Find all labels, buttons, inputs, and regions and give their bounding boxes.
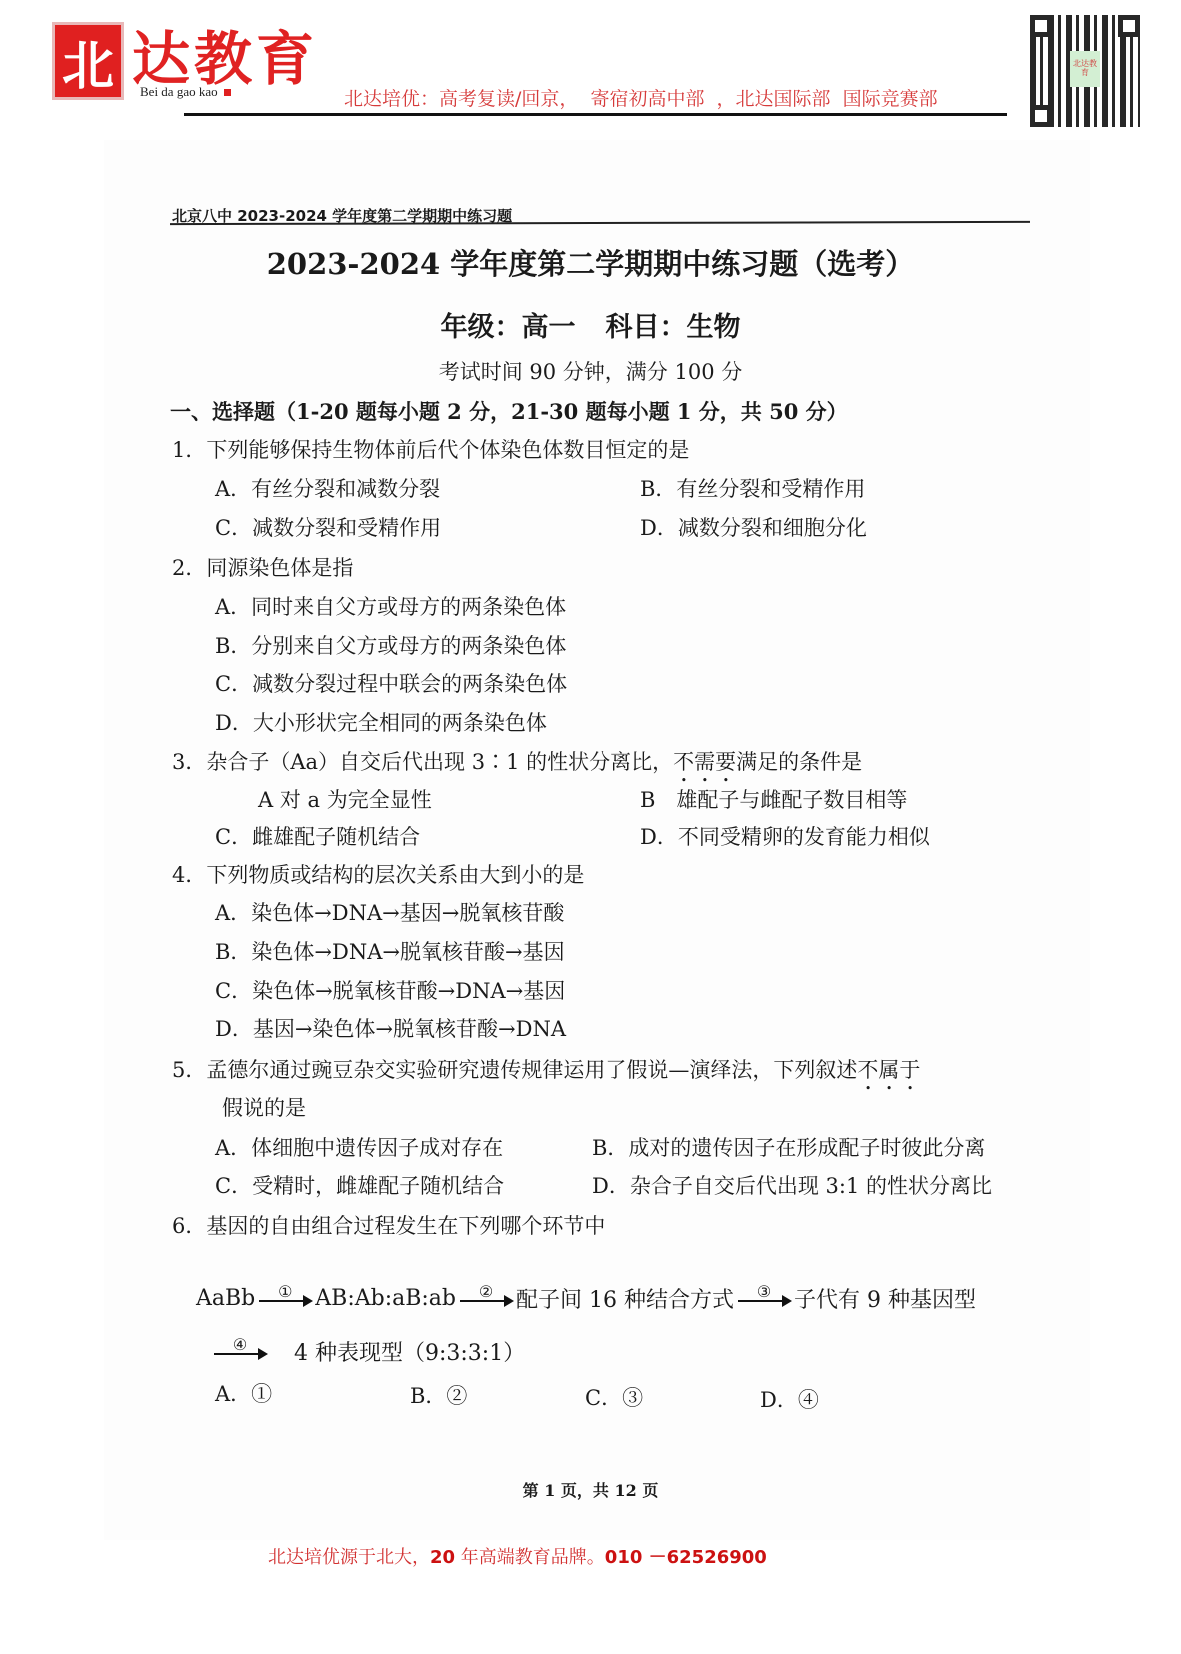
- footer-years: 20: [430, 1547, 455, 1568]
- section-title: 一、选择题（1-20 题每小题 2 分，21-30 题每小题 1 分，共 50 …: [170, 396, 848, 426]
- logo-mark: 北: [52, 22, 124, 100]
- qr-corner: [1118, 15, 1140, 37]
- question-4-stem: 4．下列物质或结构的层次关系由大到小的是: [172, 859, 584, 889]
- question-2-option-d: D．大小形状完全相同的两条染色体: [215, 707, 547, 737]
- arrow-label: ②: [479, 1284, 493, 1300]
- question-3-stem: 3．杂合子（Aa）自交后代出现 3∶1 的性状分离比，不需要满足的条件是: [172, 746, 862, 787]
- question-4-option-d: D．基因→染色体→脱氧核苷酸→DNA: [215, 1013, 566, 1043]
- process-flow: AaBb ① AB:Ab:aB:ab ② 配子间 16 种结合方式 ③ 子代有 …: [196, 1283, 976, 1314]
- question-6-option-c: C．③: [585, 1382, 643, 1412]
- page-number: 第 1 页，共 12 页: [0, 1478, 1181, 1501]
- qr-corner: [1030, 15, 1052, 37]
- question-3-option-b: B 雄配子与雌配子数目相等: [640, 784, 907, 814]
- question-3-option-d: D．不同受精卵的发育能力相似: [640, 821, 930, 851]
- question-5-emphasis: 不属于: [857, 1058, 920, 1082]
- question-5-option-d: D．杂合子自交后代出现 3:1 的性状分离比: [592, 1170, 992, 1200]
- qr-corner: [1030, 105, 1052, 127]
- arrow-right-icon: ①: [259, 1284, 311, 1302]
- flow-step-genotype: AaBb: [196, 1286, 255, 1311]
- slogan: 北达培优：高考复读/回京， 寄宿初高中部 ，北达国际部 国际竞赛部: [344, 84, 938, 111]
- footer-text: 北达培优源于北大，: [268, 1547, 430, 1568]
- header-divider: [184, 113, 1007, 116]
- question-1-option-b: B．有丝分裂和受精作用: [640, 473, 865, 503]
- page-title: 2023-2024 学年度第二学期期中练习题（选考）: [0, 242, 1181, 283]
- logo-square-icon: [224, 89, 231, 96]
- question-6-stem: 6．基因的自由组合过程发生在下列哪个环节中: [172, 1210, 605, 1240]
- logo-char: 北: [62, 24, 114, 99]
- question-1-option-c: C．减数分裂和受精作用: [215, 512, 441, 542]
- question-2-option-c: C．减数分裂过程中联会的两条染色体: [215, 668, 567, 698]
- arrow-right-icon: ③: [738, 1284, 790, 1302]
- question-5-option-c: C．受精时，雌雄配子随机结合: [215, 1170, 504, 1200]
- question-5-option-b: B．成对的遗传因子在形成配子时彼此分离: [592, 1132, 985, 1162]
- flow-step-genotypes: 子代有 9 种基因型: [794, 1283, 976, 1314]
- question-5-stem: 5．孟德尔通过豌豆杂交实验研究遗传规律运用了假说—演绎法，下列叙述不属于: [172, 1054, 920, 1095]
- question-5-option-a: A．体细胞中遗传因子成对存在: [215, 1132, 503, 1162]
- question-3-option-c: C．雌雄配子随机结合: [215, 821, 420, 851]
- flow-step-combinations: 配子间 16 种结合方式: [516, 1283, 734, 1314]
- question-5-stem-text: 5．孟德尔通过豌豆杂交实验研究遗传规律运用了假说—演绎法，下列叙述: [172, 1058, 857, 1082]
- question-1-option-a: A．有丝分裂和减数分裂: [215, 473, 440, 503]
- question-4-option-a: A．染色体→DNA→基因→脱氧核苷酸: [215, 897, 564, 927]
- footer-phone: 010 －62526900: [605, 1547, 767, 1568]
- arrow-right-icon: ④: [214, 1337, 266, 1355]
- question-2-stem: 2．同源染色体是指: [172, 552, 353, 582]
- question-3-option-a: A 对 a 为完全显性: [258, 784, 432, 814]
- footer-text-2: 年高端教育品牌。: [455, 1547, 605, 1568]
- question-4-option-c: C．染色体→脱氧核苷酸→DNA→基因: [215, 975, 565, 1005]
- grade: 年级：高一: [441, 312, 576, 343]
- question-5-stem-line2: 假说的是: [222, 1092, 306, 1122]
- qr-label: 北达教育: [1070, 51, 1100, 87]
- arrow-label: ③: [757, 1284, 771, 1300]
- question-4-option-b: B．染色体→DNA→脱氧核苷酸→基因: [215, 936, 565, 966]
- footer-ad: 北达培优源于北大，20 年高端教育品牌。010 －62526900: [268, 1543, 767, 1569]
- logo-subtitle-text: Bei da gao kao: [140, 84, 218, 99]
- question-3-stem-text: 3．杂合子（Aa）自交后代出现 3∶1 的性状分离比，: [172, 750, 673, 774]
- arrow-label: ④: [233, 1337, 247, 1353]
- question-3-emphasis: 不需要: [673, 750, 736, 774]
- question-6-option-d: D．④: [760, 1384, 819, 1414]
- qr-code-icon: 北达教育: [1030, 15, 1140, 127]
- subject: 科目：生物: [606, 312, 741, 343]
- process-flow-line2: ④ 4 种表现型（9:3:3:1）: [210, 1336, 525, 1367]
- flow-step-gametes: AB:Ab:aB:ab: [315, 1286, 456, 1311]
- logo-subtitle: Bei da gao kao: [140, 84, 231, 100]
- question-1-stem: 1．下列能够保持生物体前后代个体染色体数目恒定的是: [172, 434, 689, 464]
- arrow-label: ①: [278, 1284, 292, 1300]
- flow-step-phenotypes: 4 种表现型（9:3:3:1）: [294, 1336, 525, 1367]
- question-6-option-a: A．①: [215, 1378, 272, 1408]
- grade-subject: 年级：高一科目：生物: [0, 305, 1181, 344]
- question-1-option-d: D．减数分裂和细胞分化: [640, 512, 867, 542]
- question-6-option-b: B．②: [410, 1380, 467, 1410]
- exam-info: 考试时间 90 分钟，满分 100 分: [0, 356, 1181, 386]
- question-2-option-b: B．分别来自父方或母方的两条染色体: [215, 630, 566, 660]
- arrow-right-icon: ②: [460, 1284, 512, 1302]
- question-2-option-a: A．同时来自父方或母方的两条染色体: [215, 591, 566, 621]
- question-3-stem-end: 满足的条件是: [736, 750, 862, 774]
